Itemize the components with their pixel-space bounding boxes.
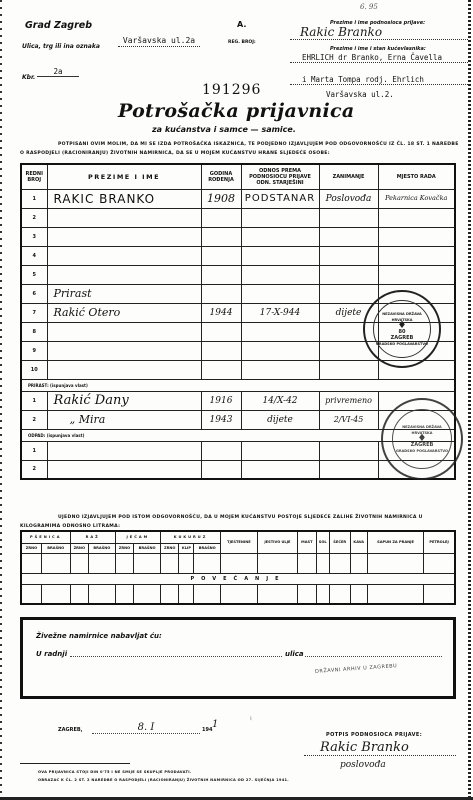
- supply-cell[interactable]: [89, 553, 116, 573]
- relation-cell[interactable]: [241, 360, 319, 379]
- relation-cell[interactable]: [241, 441, 319, 460]
- regulation-note: OBRAZAC K ČL. 2 ST. 2 NAREDBE O RASPODJE…: [38, 778, 289, 782]
- year-cell[interactable]: [201, 341, 241, 360]
- table-row: 2: [21, 208, 455, 227]
- supply-cell[interactable]: [316, 584, 329, 604]
- row-number: 5: [21, 265, 47, 284]
- supply-cell[interactable]: [367, 584, 423, 604]
- supply-cell[interactable]: [70, 553, 89, 573]
- supply-cell[interactable]: [329, 584, 350, 604]
- supply-cell[interactable]: [134, 553, 161, 573]
- row-number: 1: [21, 189, 47, 208]
- house-number-field[interactable]: 2a: [37, 67, 79, 77]
- form-letter: A.: [237, 20, 246, 29]
- name-cell[interactable]: [47, 360, 201, 379]
- col-pasta: TJESTENINE: [221, 531, 258, 553]
- name-cell[interactable]: „ Mira: [47, 410, 201, 429]
- workplace-cell[interactable]: Pekarnica Kovačka: [378, 189, 455, 208]
- occupation-cell[interactable]: 2/VI-45: [319, 410, 378, 429]
- supply-cell[interactable]: [350, 553, 367, 573]
- owner-label: Prezime i ime i stan kućevlasnika:: [330, 46, 426, 52]
- year-cell[interactable]: [201, 227, 241, 246]
- supply-cell[interactable]: [194, 584, 221, 604]
- col-petroleum: PETROLEJ: [424, 531, 455, 553]
- stamp-bottom-text: GRADSKO POGLAVARSTVO: [396, 448, 448, 454]
- col-rye-grain: ZRNO: [70, 543, 89, 553]
- stamp-inner-ring: NEZAVISNA DRŽAVA HRVATSKA ♦ 80 ZAGREB GR…: [373, 300, 431, 358]
- supply-cell[interactable]: [70, 584, 89, 604]
- name-cell[interactable]: Rakić Otero: [47, 303, 201, 322]
- food-supply-table: PŠENICA RAŽ JEČAM KUKURUZ TJESTENINE JES…: [20, 530, 456, 605]
- supply-row-increase: [21, 584, 455, 604]
- relation-cell[interactable]: dijete: [241, 410, 319, 429]
- applicant-field[interactable]: Rakic Branko: [290, 25, 468, 40]
- col-birth-year: GODINA ROĐENJA: [201, 164, 241, 189]
- col-sugar: ŠEĆER: [329, 531, 350, 553]
- year-cell[interactable]: [201, 441, 241, 460]
- relation-cell[interactable]: [241, 227, 319, 246]
- name-cell[interactable]: [47, 460, 201, 479]
- table-row: 1 RAKIC BRANKO 1908 PODSTANAR Poslovođa …: [21, 189, 455, 208]
- prirast-section-header: PRIRAST: (ispunjava vlast): [21, 379, 455, 391]
- relation-cell[interactable]: [241, 341, 319, 360]
- date-field[interactable]: 8. I: [92, 722, 200, 734]
- year-cell[interactable]: [201, 284, 241, 303]
- supply-cell[interactable]: [115, 553, 134, 573]
- official-stamp-2: NEZAVISNA DRŽAVA HRVATSKA ♦ ZAGREB GRADS…: [381, 398, 463, 480]
- corner-pencil-note: 6. 95: [360, 3, 378, 11]
- year-cell[interactable]: 1943: [201, 410, 241, 429]
- declaration-text: POTPISANI OVIM MOLIM, DA MI SE IZDA POTR…: [20, 140, 460, 158]
- owner-field-line2[interactable]: i Marta Tompa rodj. Ehrlich: [290, 75, 468, 85]
- table-row: 1 Rakić Dany 1916 14/X-42 privremeno: [21, 391, 455, 410]
- supply-cell[interactable]: [329, 553, 350, 573]
- occupation-cell[interactable]: privremeno: [319, 391, 378, 410]
- shop-selection-box: [20, 617, 456, 699]
- signature-role: poslovođa: [340, 760, 386, 770]
- year-cell[interactable]: [201, 246, 241, 265]
- supply-cell[interactable]: [115, 584, 134, 604]
- relation-cell[interactable]: [241, 246, 319, 265]
- occupation-cell[interactable]: [319, 227, 378, 246]
- footer-divider: [20, 763, 130, 764]
- shop-title: Živežne namirnice nabavljat ću:: [36, 632, 162, 640]
- supply-cell[interactable]: [160, 584, 179, 604]
- workplace-cell[interactable]: [378, 208, 455, 227]
- signature-field[interactable]: Rakic Branko: [304, 740, 456, 756]
- price-note: OVA PRIJAVNICA STOJI DIN 0'75 I NE SMIJE…: [38, 770, 192, 774]
- col-group-wheat: PŠENICA: [21, 531, 70, 543]
- year-cell[interactable]: [201, 322, 241, 341]
- workplace-cell[interactable]: [378, 246, 455, 265]
- row-number: 2: [21, 208, 47, 227]
- year-prefix: 194: [202, 727, 212, 733]
- row-number: 4: [21, 246, 47, 265]
- supply-cell[interactable]: [160, 553, 179, 573]
- supply-cell[interactable]: [424, 584, 455, 604]
- street-label: Ulica, trg ili ina oznaka: [22, 43, 100, 50]
- name-cell[interactable]: [47, 265, 201, 284]
- occupation-cell[interactable]: [319, 441, 378, 460]
- year-cell[interactable]: [201, 460, 241, 479]
- name-cell[interactable]: Prirast: [47, 284, 201, 303]
- supply-cell[interactable]: [194, 553, 221, 573]
- occupation-cell[interactable]: [319, 246, 378, 265]
- row-number: 10: [21, 360, 47, 379]
- persons-table-header: REDNI BROJ PREZIME I IME GODINA ROĐENJA …: [21, 164, 455, 189]
- col-barley-flour: BRAŠNO: [134, 543, 161, 553]
- supply-cell[interactable]: [298, 553, 316, 573]
- serial-number: 191296: [202, 82, 261, 98]
- table-row: 4: [21, 246, 455, 265]
- row-number: 2: [21, 410, 47, 429]
- supply-cell[interactable]: [134, 584, 161, 604]
- supply-cell[interactable]: [316, 553, 329, 573]
- signature-label: POTPIS PODNOSIOCA PRIJAVE:: [326, 732, 422, 738]
- col-group-corn: KUKURUZ: [160, 531, 220, 543]
- supply-declaration-text: UJEDNO IZJAVLJUJEM POD ISTOM ODGOVORNOŠĆ…: [20, 513, 460, 531]
- stamp-bottom-text: GRADSKO POGLAVARSTVO: [376, 341, 428, 347]
- year-cell[interactable]: [201, 208, 241, 227]
- col-coffee: KAVA: [350, 531, 367, 553]
- row-number: 2: [21, 460, 47, 479]
- col-name: PREZIME I IME: [47, 164, 201, 189]
- supply-cell[interactable]: [21, 584, 42, 604]
- col-rye-flour: BRAŠNO: [89, 543, 116, 553]
- name-cell[interactable]: [47, 246, 201, 265]
- year-cell[interactable]: 1944: [201, 303, 241, 322]
- col-relation: ODNOS PREMA PODNOSIOCU PRIJAVE ODN. STAR…: [241, 164, 319, 189]
- form-title: Potrošačka prijavnica: [118, 100, 355, 122]
- place-label: ZAGREB,: [58, 727, 83, 733]
- col-lard: MAST: [298, 531, 316, 553]
- relation-cell[interactable]: [241, 460, 319, 479]
- shop-label: U radnji: [36, 650, 67, 658]
- col-corn-flour: BRAŠNO: [194, 543, 221, 553]
- supply-cell[interactable]: [179, 584, 194, 604]
- col-barley-grain: ZRNO: [115, 543, 134, 553]
- pencil-annotation: ~: [247, 715, 255, 721]
- street-field[interactable]: Varšavska ul.2a: [118, 36, 200, 47]
- row-number: 7: [21, 303, 47, 322]
- col-corn-grain: ZRNO: [160, 543, 179, 553]
- shop-street-field[interactable]: [305, 656, 442, 657]
- row-number: 8: [21, 322, 47, 341]
- supply-cell[interactable]: [350, 584, 367, 604]
- scan-edge-right: [468, 0, 471, 800]
- row-number: 1: [21, 441, 47, 460]
- occupation-cell[interactable]: [319, 284, 378, 303]
- col-laundry-soap: SAPUN ZA PRANJE: [367, 531, 423, 553]
- name-cell[interactable]: [47, 208, 201, 227]
- relation-cell[interactable]: 14/X-42: [241, 391, 319, 410]
- occupation-cell[interactable]: [319, 208, 378, 227]
- increase-label: POVEĆANJE: [21, 573, 455, 584]
- supply-cell[interactable]: [221, 553, 258, 573]
- form-subtitle: za kućanstva i samce — samice.: [152, 125, 296, 134]
- supply-cell[interactable]: [221, 584, 258, 604]
- supply-row-current: [21, 553, 455, 573]
- supply-cell[interactable]: [298, 584, 316, 604]
- occupation-cell[interactable]: [319, 265, 378, 284]
- row-number: 6: [21, 284, 47, 303]
- prirast-label: PRIRAST: (ispunjava vlast): [21, 379, 455, 391]
- col-number: REDNI BROJ: [21, 164, 47, 189]
- row-number: 9: [21, 341, 47, 360]
- relation-cell[interactable]: 17-X-944: [241, 303, 319, 322]
- house-number-label: Kbr.: [22, 74, 35, 81]
- col-workplace: MJESTO RADA: [378, 164, 455, 189]
- col-group-rye: RAŽ: [70, 531, 115, 543]
- row-number: 3: [21, 227, 47, 246]
- workplace-cell[interactable]: [378, 227, 455, 246]
- relation-cell[interactable]: [241, 265, 319, 284]
- supply-cell[interactable]: [21, 553, 42, 573]
- supply-cell[interactable]: [257, 553, 297, 573]
- year-cell[interactable]: 1908: [201, 189, 241, 208]
- year-cell[interactable]: [201, 360, 241, 379]
- occupation-cell[interactable]: Poslovođa: [319, 189, 378, 208]
- col-group-barley: JEČAM: [115, 531, 160, 543]
- relation-cell[interactable]: [241, 322, 319, 341]
- supply-cell[interactable]: [42, 553, 71, 573]
- owner-field-line1[interactable]: EHRLICH dr Branko, Erna Čavella: [290, 53, 468, 63]
- occupation-cell[interactable]: [319, 460, 378, 479]
- col-wheat-grain: ZRNO: [21, 543, 42, 553]
- relation-cell[interactable]: [241, 284, 319, 303]
- supply-cell[interactable]: [424, 553, 455, 573]
- city-name: Grad Zagreb: [25, 20, 92, 31]
- col-edible-oil: JESTIVO ULJE: [257, 531, 297, 553]
- name-cell[interactable]: [47, 227, 201, 246]
- official-stamp-1: NEZAVISNA DRŽAVA HRVATSKA ♦ 80 ZAGREB GR…: [363, 290, 441, 368]
- col-salt: SOL: [316, 531, 329, 553]
- relation-cell[interactable]: [241, 208, 319, 227]
- occupation-cell[interactable]: [319, 360, 378, 379]
- year-cell[interactable]: 1916: [201, 391, 241, 410]
- increase-section-header: POVEĆANJE: [21, 573, 455, 584]
- name-cell[interactable]: [47, 322, 201, 341]
- name-cell[interactable]: [47, 341, 201, 360]
- relation-cell[interactable]: PODSTANAR: [241, 189, 319, 208]
- name-cell[interactable]: [47, 441, 201, 460]
- workplace-cell[interactable]: [378, 265, 455, 284]
- year-cell[interactable]: [201, 265, 241, 284]
- year-field[interactable]: 1: [212, 719, 218, 730]
- owner-field-line3[interactable]: Varšavska ul.2.: [326, 90, 394, 99]
- col-wheat-flour: BRAŠNO: [42, 543, 71, 553]
- supply-cell[interactable]: [89, 584, 116, 604]
- supply-cell[interactable]: [42, 584, 71, 604]
- supply-cell[interactable]: [257, 584, 297, 604]
- supply-cell[interactable]: [367, 553, 423, 573]
- ration-registration-form: Grad Zagreb A. REG. BROJ: Ulica, trg ili…: [0, 0, 473, 800]
- scan-edge-left: [0, 0, 2, 800]
- table-row: 5: [21, 265, 455, 284]
- supply-group-header: PŠENICA RAŽ JEČAM KUKURUZ TJESTENINE JES…: [21, 531, 455, 543]
- row-number: 1: [21, 391, 47, 410]
- table-row: 3: [21, 227, 455, 246]
- supply-cell[interactable]: [179, 553, 194, 573]
- col-corn-cob: KLIP: [179, 543, 194, 553]
- name-cell[interactable]: RAKIC BRANKO: [47, 189, 201, 208]
- name-cell[interactable]: Rakić Dany: [47, 391, 201, 410]
- shop-street-label: ulica: [285, 650, 304, 658]
- reg-number-label: REG. BROJ:: [228, 40, 256, 45]
- stamp-inner-ring: NEZAVISNA DRŽAVA HRVATSKA ♦ ZAGREB GRADS…: [392, 409, 453, 470]
- shop-name-field[interactable]: [70, 656, 282, 657]
- col-occupation: ZANIMANJE: [319, 164, 378, 189]
